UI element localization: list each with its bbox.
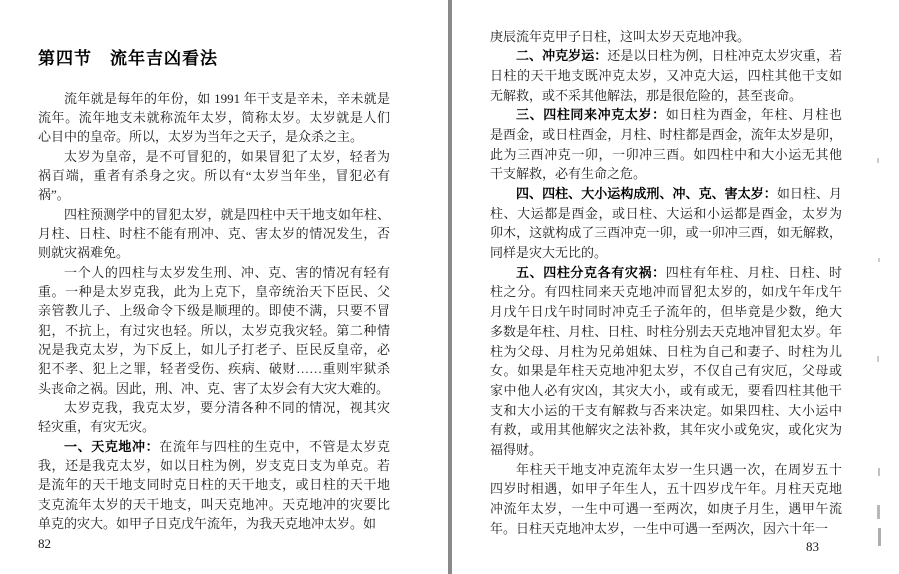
text-line: 支克流年太岁的天干地支，叫天克地冲。天克地冲的灾要比 (38, 495, 390, 514)
text-line: 四、四柱、大小运构成刑、冲、克、害太岁：如日柱、月 (490, 184, 842, 204)
text-line: 犯不孝、犯上之罪，轻者受伤、疾病、破财……重则牢狱杀 (38, 359, 390, 378)
text-line: 我，还是我克太岁，如以日柱为例，岁支克日支为单克。若 (38, 456, 390, 475)
text-line: 是酉金，或日柱酉金，月柱、时柱都是酉金，流年太岁是卯， (490, 125, 842, 145)
body-text-left: 流年就是每年的年份，如 1991 年干支是辛未，辛未就是流年。流年地支未就称流年… (38, 89, 390, 534)
text-line: 庚辰流年克甲子日柱，这叫太岁天克地冲我。 (490, 27, 842, 47)
scan-speckle (877, 356, 879, 362)
text-line: 日柱的天干地支既冲克太岁，又冲克大运，四柱其他干支如 (490, 66, 842, 86)
text-line: 则就灾祸难免。 (38, 243, 390, 262)
page-right: 庚辰流年克甲子日柱，这叫太岁天克地冲我。二、冲克岁运：还是以日柱为例，日柱冲克太… (452, 0, 899, 574)
page-left: 第四节 流年吉凶看法 流年就是每年的年份，如 1991 年干支是辛未，辛未就是流… (0, 0, 448, 574)
text-line: 一个人的四柱与太岁发生刑、冲、克、害的情况有轻有 (38, 263, 390, 282)
scan-speckle (877, 505, 880, 519)
text-line: 冲流年太岁，一生中可遇一至两次，如庚子月生，遇甲午流 (490, 499, 842, 519)
text-line: 流年。流年地支未就称流年太岁，简称太岁。太岁就是人们 (38, 108, 390, 127)
text-line: 况是我克太岁，为下反上，如儿子打老子、臣民反皇帝，必 (38, 340, 390, 359)
page-number-right: 83 (806, 539, 819, 555)
text-line: 重。一种是太岁克我，此为上克下，皇帝统治天下臣民、父 (38, 282, 390, 301)
text-line: 一、天克地冲：在流年与四柱的生克中，不管是太岁克 (38, 437, 390, 456)
text-line: 祸百端，重者有杀身之灾。所以有“太岁当年坐，冒犯必有 (38, 166, 390, 185)
text-line: 柱为父母、月柱为兄弟姐妹、日柱为自己和妻子、时柱为儿 (490, 342, 842, 362)
text-line: 月戊午日戊午时同时冲克壬子流年的，但毕竟是少数，绝大 (490, 302, 842, 322)
text-line: 干支解救，必有生命之危。 (490, 164, 842, 184)
text-line: 卯木，这就构成了三酉冲克一卯，或一卯冲三酉，如无解救， (490, 223, 842, 243)
scan-speckle (878, 528, 881, 546)
text-line: 四岁时相遇，如甲子年生人，五十四岁戊午年。月柱天克地 (490, 479, 842, 499)
text-line: 有救，或用其他解灾之法补救，其年灾小或免灾，或化灾为 (490, 420, 842, 440)
book-scan: 第四节 流年吉凶看法 流年就是每年的年份，如 1991 年干支是辛未，辛未就是流… (0, 0, 899, 574)
text-line: 家中他人必有灾凶，其灾大小，或有或无，要看四柱其他干 (490, 381, 842, 401)
text-line: 流年就是每年的年份，如 1991 年干支是辛未，辛未就是 (38, 89, 390, 108)
text-line: 亲管教儿子、上级命令下级是顺理的。即使不满，只要不冒 (38, 301, 390, 320)
text-line: 头丧命之祸。因此，刑、冲、克、害了太岁会有大灾大难的。 (38, 379, 390, 398)
scan-speckle (878, 258, 880, 262)
text-line: 月柱、日柱、时柱不能有刑冲、克、害太岁的情况发生，否 (38, 224, 390, 243)
scan-speckle (878, 468, 880, 476)
text-line: 柱、大运都是酉金，或日柱、大运和小运都是酉金，太岁为 (490, 204, 842, 224)
text-line: 犯，不抗上，有过灾也轻。所以，太岁克我灾轻。第二种情 (38, 321, 390, 340)
text-line: 无解救，或不采其他解法，那是很危险的，甚至丧命。 (490, 86, 842, 106)
text-line: 是流年的天干地支同时克日柱的天干地支，或日柱的天干地 (38, 475, 390, 494)
text-line: 支和大小运的干支有解救与否来决定。如果四柱、大小运中 (490, 401, 842, 421)
scan-speckle (836, 57, 839, 59)
text-line: 同样是灾大无比的。 (490, 243, 842, 263)
text-line: 年。日柱天克地冲太岁，一生中可遇一至两次，因六十年一 (490, 519, 842, 539)
text-line: 轻灾重，有灾无灾。 (38, 417, 390, 436)
text-line: 太岁为皇帝，是不可冒犯的，如果冒犯了太岁，轻者为 (38, 147, 390, 166)
body-text-right: 庚辰流年克甲子日柱，这叫太岁天克地冲我。二、冲克岁运：还是以日柱为例，日柱冲克太… (490, 27, 842, 539)
text-line: 三、四柱同来冲克太岁：如日柱为酉金，年柱、月柱也 (490, 105, 842, 125)
page-number-left: 82 (38, 536, 51, 552)
text-line: 女。如果是年柱天克地冲犯太岁，不仅自己有灾厄，父母或 (490, 361, 842, 381)
text-line: 多数是年柱、月柱、日柱、时柱分别去天克地冲冒犯太岁。年 (490, 322, 842, 342)
text-line: 年柱天干地支冲克流年太岁一生只遇一次，在周岁五十 (490, 460, 842, 480)
scan-speckle (877, 158, 879, 163)
section-heading: 第四节 流年吉凶看法 (38, 44, 218, 69)
text-line: 单克的灾大。如甲子日克戊午流年，为我天克地冲太岁。如 (38, 514, 390, 533)
text-line: 祸”。 (38, 185, 390, 204)
text-line: 五、四柱分克各有灾祸：四柱有年柱、月柱、日柱、时 (490, 263, 842, 283)
text-line: 柱之分。有四柱同来天克地冲而冒犯太岁的，如戊午年戊午 (490, 282, 842, 302)
text-line: 四柱预测学中的冒犯太岁，就是四柱中天干地支如年柱、 (38, 205, 390, 224)
text-line: 福得财。 (490, 440, 842, 460)
text-line: 二、冲克岁运：还是以日柱为例，日柱冲克太岁灾重，若 (490, 46, 842, 66)
text-line: 此为三酉冲克一卯，一卯冲三酉。如四柱中和大小运无其他 (490, 145, 842, 165)
text-line: 心目中的皇帝。所以，太岁为当年之天子，是众杀之主。 (38, 127, 390, 146)
text-line: 太岁克我，我克太岁，要分清各种不同的情况，视其灾 (38, 398, 390, 417)
